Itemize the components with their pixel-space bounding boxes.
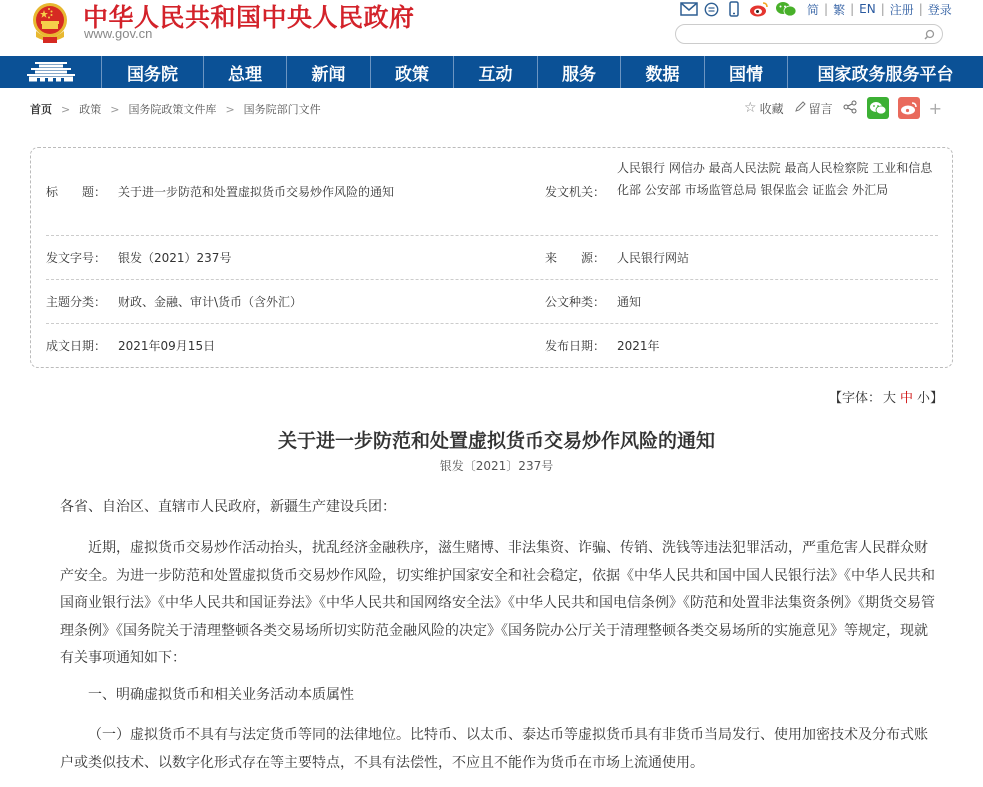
comment-button[interactable]: 留言 [794, 100, 833, 117]
doc-type-value: 通知 [617, 293, 641, 310]
breadcrumb-policy[interactable]: 政策 [79, 101, 101, 117]
mobile-icon[interactable] [729, 1, 739, 17]
nav-item-premier[interactable]: 总理 [204, 56, 287, 88]
info-row-category: 主题分类： 财政、金融、审计\货币（含外汇） 公文种类： 通知 [46, 280, 938, 324]
traditional-chinese-link[interactable]: 繁 [833, 1, 845, 18]
separator: | [919, 2, 923, 16]
title-label: 标 题： [46, 183, 106, 200]
issuer-value: 人民银行 网信办 最高人民法院 最高人民检察院 工业和信息化部 公安部 市场监管… [617, 157, 937, 201]
font-size-suffix: 】 [930, 391, 943, 406]
breadcrumb: 首页 > 政策 > 国务院政策文件库 > 国务院部门文件 [30, 101, 321, 117]
more-share-icon[interactable]: + [929, 99, 942, 118]
search-input[interactable] [686, 27, 926, 45]
info-row-title: 标 题： 关于进一步防范和处置虚拟货币交易炒作风险的通知 发文机关： 人民银行 … [46, 148, 938, 236]
language-account-links: 简 | 繁 | EN | 注册 | 登录 [807, 1, 952, 18]
paragraph-1: 近期，虚拟货币交易炒作活动抬头，扰乱经济金融秩序，滋生赌博、非法集资、诈骗、传销… [60, 535, 940, 673]
breadcrumb-home[interactable]: 首页 [30, 101, 52, 117]
collect-label: 收藏 [760, 100, 784, 117]
doc-number-label: 发文字号： [46, 249, 106, 266]
nav-item-gov-service-platform[interactable]: 国家政务服务平台 [788, 56, 983, 88]
salutation: 各省、自治区、直辖市人民政府，新疆生产建设兵团： [60, 494, 940, 522]
article-title: 关于进一步防范和处置虚拟货币交易炒作风险的通知 [0, 426, 983, 453]
section-heading-1: 一、明确虚拟货币和相关业务活动本质属性 [60, 682, 940, 710]
separator: | [824, 2, 828, 16]
wechat-icon[interactable] [775, 1, 797, 17]
share-icon [843, 100, 857, 117]
breadcrumb-department-docs[interactable]: 国务院部门文件 [244, 101, 321, 117]
source-label: 来 源： [545, 249, 605, 266]
tiananmen-icon [23, 61, 79, 83]
share-bar: ☆ 收藏 留言 + [744, 97, 942, 119]
mail-icon[interactable] [680, 2, 698, 16]
document-info-box: 标 题： 关于进一步防范和处置虚拟货币交易炒作风险的通知 发文机关： 人民银行 … [30, 147, 953, 368]
national-emblem-icon[interactable] [30, 1, 70, 45]
top-toolbar: 简 | 繁 | EN | 注册 | 登录 [680, 0, 952, 18]
doc-number-value: 银发（2021）237号 [118, 249, 231, 266]
doc-type-label: 公文种类： [545, 293, 605, 310]
written-date-value: 2021年09月15日 [118, 337, 215, 354]
english-link[interactable]: EN [859, 2, 876, 16]
site-header: 中华人民共和国中央人民政府 www.gov.cn 简 | 繁 | EN | 注册… [0, 0, 983, 56]
chevron-right-icon: > [225, 103, 234, 116]
site-url[interactable]: www.gov.cn [84, 26, 152, 41]
nav-home-button[interactable] [0, 56, 102, 88]
breadcrumb-policy-library[interactable]: 国务院政策文件库 [128, 101, 216, 117]
info-row-dates: 成文日期： 2021年09月15日 发布日期： 2021年 [46, 324, 938, 368]
nav-item-news[interactable]: 新闻 [287, 56, 371, 88]
nav-item-national-info[interactable]: 国情 [705, 56, 788, 88]
nav-item-data[interactable]: 数据 [621, 56, 705, 88]
font-size-small[interactable]: 小 [917, 391, 930, 406]
article-doc-number: 银发〔2021〕237号 [0, 457, 983, 474]
info-row-docno: 发文字号： 银发（2021）237号 来 源： 人民银行网站 [46, 236, 938, 280]
font-size-medium[interactable]: 中 [900, 391, 913, 406]
weibo-icon[interactable] [749, 1, 769, 17]
written-date-label: 成文日期： [46, 337, 106, 354]
weibo-icon [900, 101, 918, 115]
font-size-prefix: 【字体： [829, 391, 881, 406]
source-value: 人民银行网站 [617, 249, 689, 266]
simplified-chinese-link[interactable]: 简 [807, 1, 819, 18]
share-wechat-button[interactable] [867, 97, 889, 119]
register-link[interactable]: 注册 [890, 1, 914, 18]
share-weibo-button[interactable] [898, 97, 920, 119]
category-value: 财政、金融、审计\货币（含外汇） [118, 293, 302, 310]
category-label: 主题分类： [46, 293, 106, 310]
search-box [675, 24, 943, 44]
publish-date-label: 发布日期： [545, 337, 605, 354]
nav-item-interaction[interactable]: 互动 [454, 56, 538, 88]
message-icon[interactable] [704, 2, 719, 17]
publish-date-value: 2021年 [617, 337, 660, 354]
share-button[interactable] [843, 100, 857, 117]
paragraph-2: （一）虚拟货币不具有与法定货币等同的法律地位。比特币、以太币、泰达币等虚拟货币具… [60, 722, 940, 777]
search-icon[interactable] [922, 27, 936, 41]
font-size-switcher: 【字体：大中小】 [829, 387, 943, 406]
main-nav: 国务院 总理 新闻 政策 互动 服务 数据 国情 国家政务服务平台 [0, 56, 983, 88]
issuer-label: 发文机关： [545, 183, 605, 200]
font-size-large[interactable]: 大 [883, 391, 896, 406]
separator: | [881, 2, 885, 16]
nav-item-service[interactable]: 服务 [538, 56, 621, 88]
pencil-icon [794, 101, 806, 116]
login-link[interactable]: 登录 [928, 1, 952, 18]
wechat-icon [869, 101, 887, 115]
chevron-right-icon: > [110, 103, 119, 116]
nav-item-state-council[interactable]: 国务院 [102, 56, 204, 88]
star-icon: ☆ [744, 100, 757, 116]
collect-button[interactable]: ☆ 收藏 [744, 100, 784, 117]
chevron-right-icon: > [61, 103, 70, 116]
title-value: 关于进一步防范和处置虚拟货币交易炒作风险的通知 [118, 183, 394, 200]
nav-item-policy[interactable]: 政策 [371, 56, 454, 88]
separator: | [850, 2, 854, 16]
comment-label: 留言 [809, 100, 833, 117]
